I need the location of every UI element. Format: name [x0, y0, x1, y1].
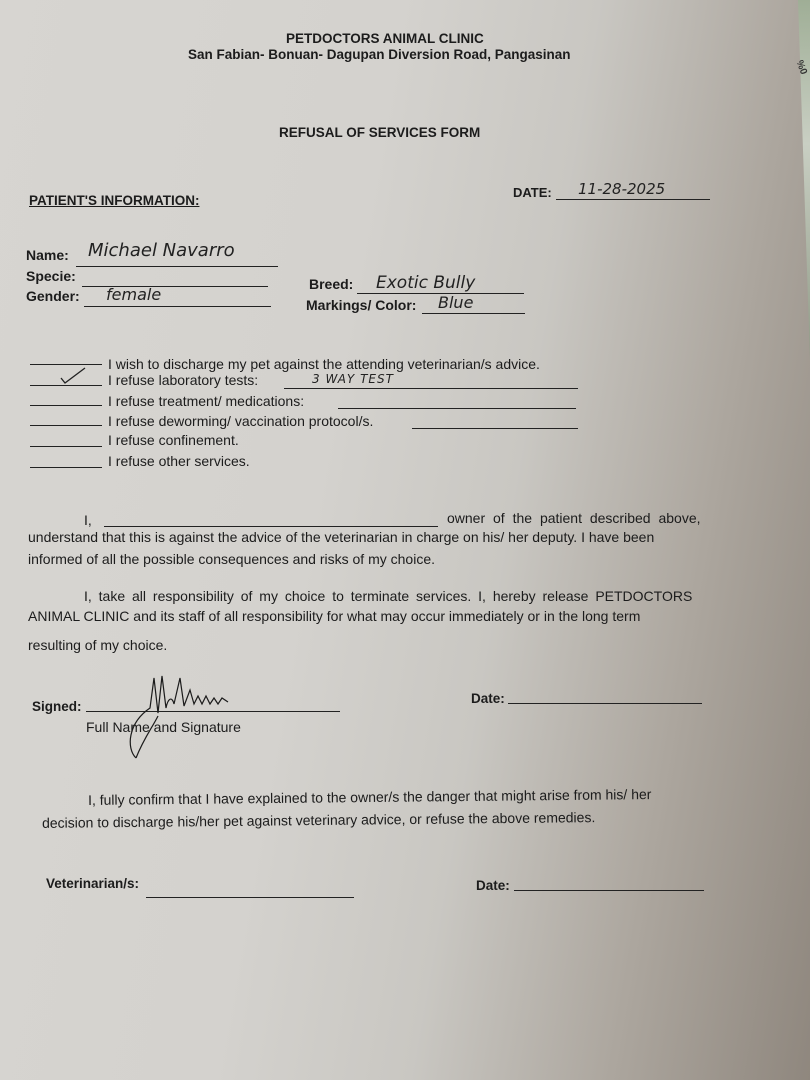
- markings-field[interactable]: Blue: [438, 293, 473, 312]
- refusal-other: I refuse other services.: [108, 453, 250, 469]
- deworming-line: [412, 428, 578, 429]
- gender-line: [84, 306, 271, 307]
- refusal-deworming: I refuse deworming/ vaccination protocol…: [108, 413, 373, 429]
- lab-tests-line: [284, 388, 578, 389]
- owner-statement-prefix: I,: [84, 512, 92, 528]
- owner-statement-line3: informed of all the possible consequence…: [28, 551, 435, 567]
- treatment-line: [338, 408, 576, 409]
- clinic-address: San Fabian- Bonuan- Dagupan Diversion Ro…: [188, 47, 571, 62]
- date-label: DATE:: [513, 185, 552, 200]
- veterinarian-label: Veterinarian/s:: [46, 876, 139, 891]
- owner-signature[interactable]: [110, 668, 250, 768]
- owner-name-line: [104, 526, 438, 527]
- checkmark-icon: [58, 366, 88, 386]
- refusal-treatment: I refuse treatment/ medications:: [108, 393, 304, 409]
- markings-line: [422, 313, 525, 314]
- name-label: Name:: [26, 247, 69, 263]
- lab-tests-field[interactable]: 3 WAY TEST: [312, 372, 394, 386]
- veterinarian-line: [146, 897, 354, 898]
- refusal-discharge: I wish to discharge my pet against the a…: [108, 356, 540, 372]
- check-blank-deworming[interactable]: [30, 425, 102, 426]
- owner-statement-line2: understand that this is against the advi…: [28, 529, 654, 545]
- markings-label: Markings/ Color:: [306, 297, 416, 313]
- vet-date-label: Date:: [476, 878, 510, 893]
- gender-label: Gender:: [26, 288, 80, 304]
- clinic-name: PETDOCTORS ANIMAL CLINIC: [286, 31, 484, 46]
- owner-statement-suffix: owner of the patient described above,: [447, 510, 701, 526]
- date-line: [556, 199, 710, 200]
- signature-caption: Full Name and Signature: [86, 719, 241, 735]
- gender-field[interactable]: female: [106, 285, 161, 304]
- release-statement-line2: ANIMAL CLINIC and its staff of all respo…: [28, 608, 640, 624]
- specie-label: Specie:: [26, 268, 76, 284]
- form-title: REFUSAL OF SERVICES FORM: [279, 125, 480, 140]
- refusal-lab-tests: I refuse laboratory tests:: [108, 372, 258, 388]
- refusal-confinement: I refuse confinement.: [108, 432, 239, 448]
- signed-label: Signed:: [32, 699, 82, 714]
- check-blank-confinement[interactable]: [30, 446, 102, 447]
- breed-label: Breed:: [309, 276, 353, 292]
- check-blank-discharge[interactable]: [30, 364, 102, 365]
- breed-field[interactable]: Exotic Bully: [376, 273, 475, 293]
- owner-date-line: [508, 703, 702, 704]
- vet-date-line: [514, 890, 704, 891]
- release-statement-line1: I, take all responsibility of my choice …: [84, 588, 692, 604]
- name-line: [76, 266, 278, 267]
- owner-date-label: Date:: [471, 691, 505, 706]
- release-statement-line3: resulting of my choice.: [28, 637, 167, 653]
- check-blank-other[interactable]: [30, 467, 102, 468]
- name-field[interactable]: Michael Navarro: [88, 240, 235, 261]
- date-field[interactable]: 11-28-2025: [578, 180, 665, 198]
- check-blank-treatment[interactable]: [30, 405, 102, 406]
- patient-info-heading: PATIENT'S INFORMATION:: [29, 193, 199, 208]
